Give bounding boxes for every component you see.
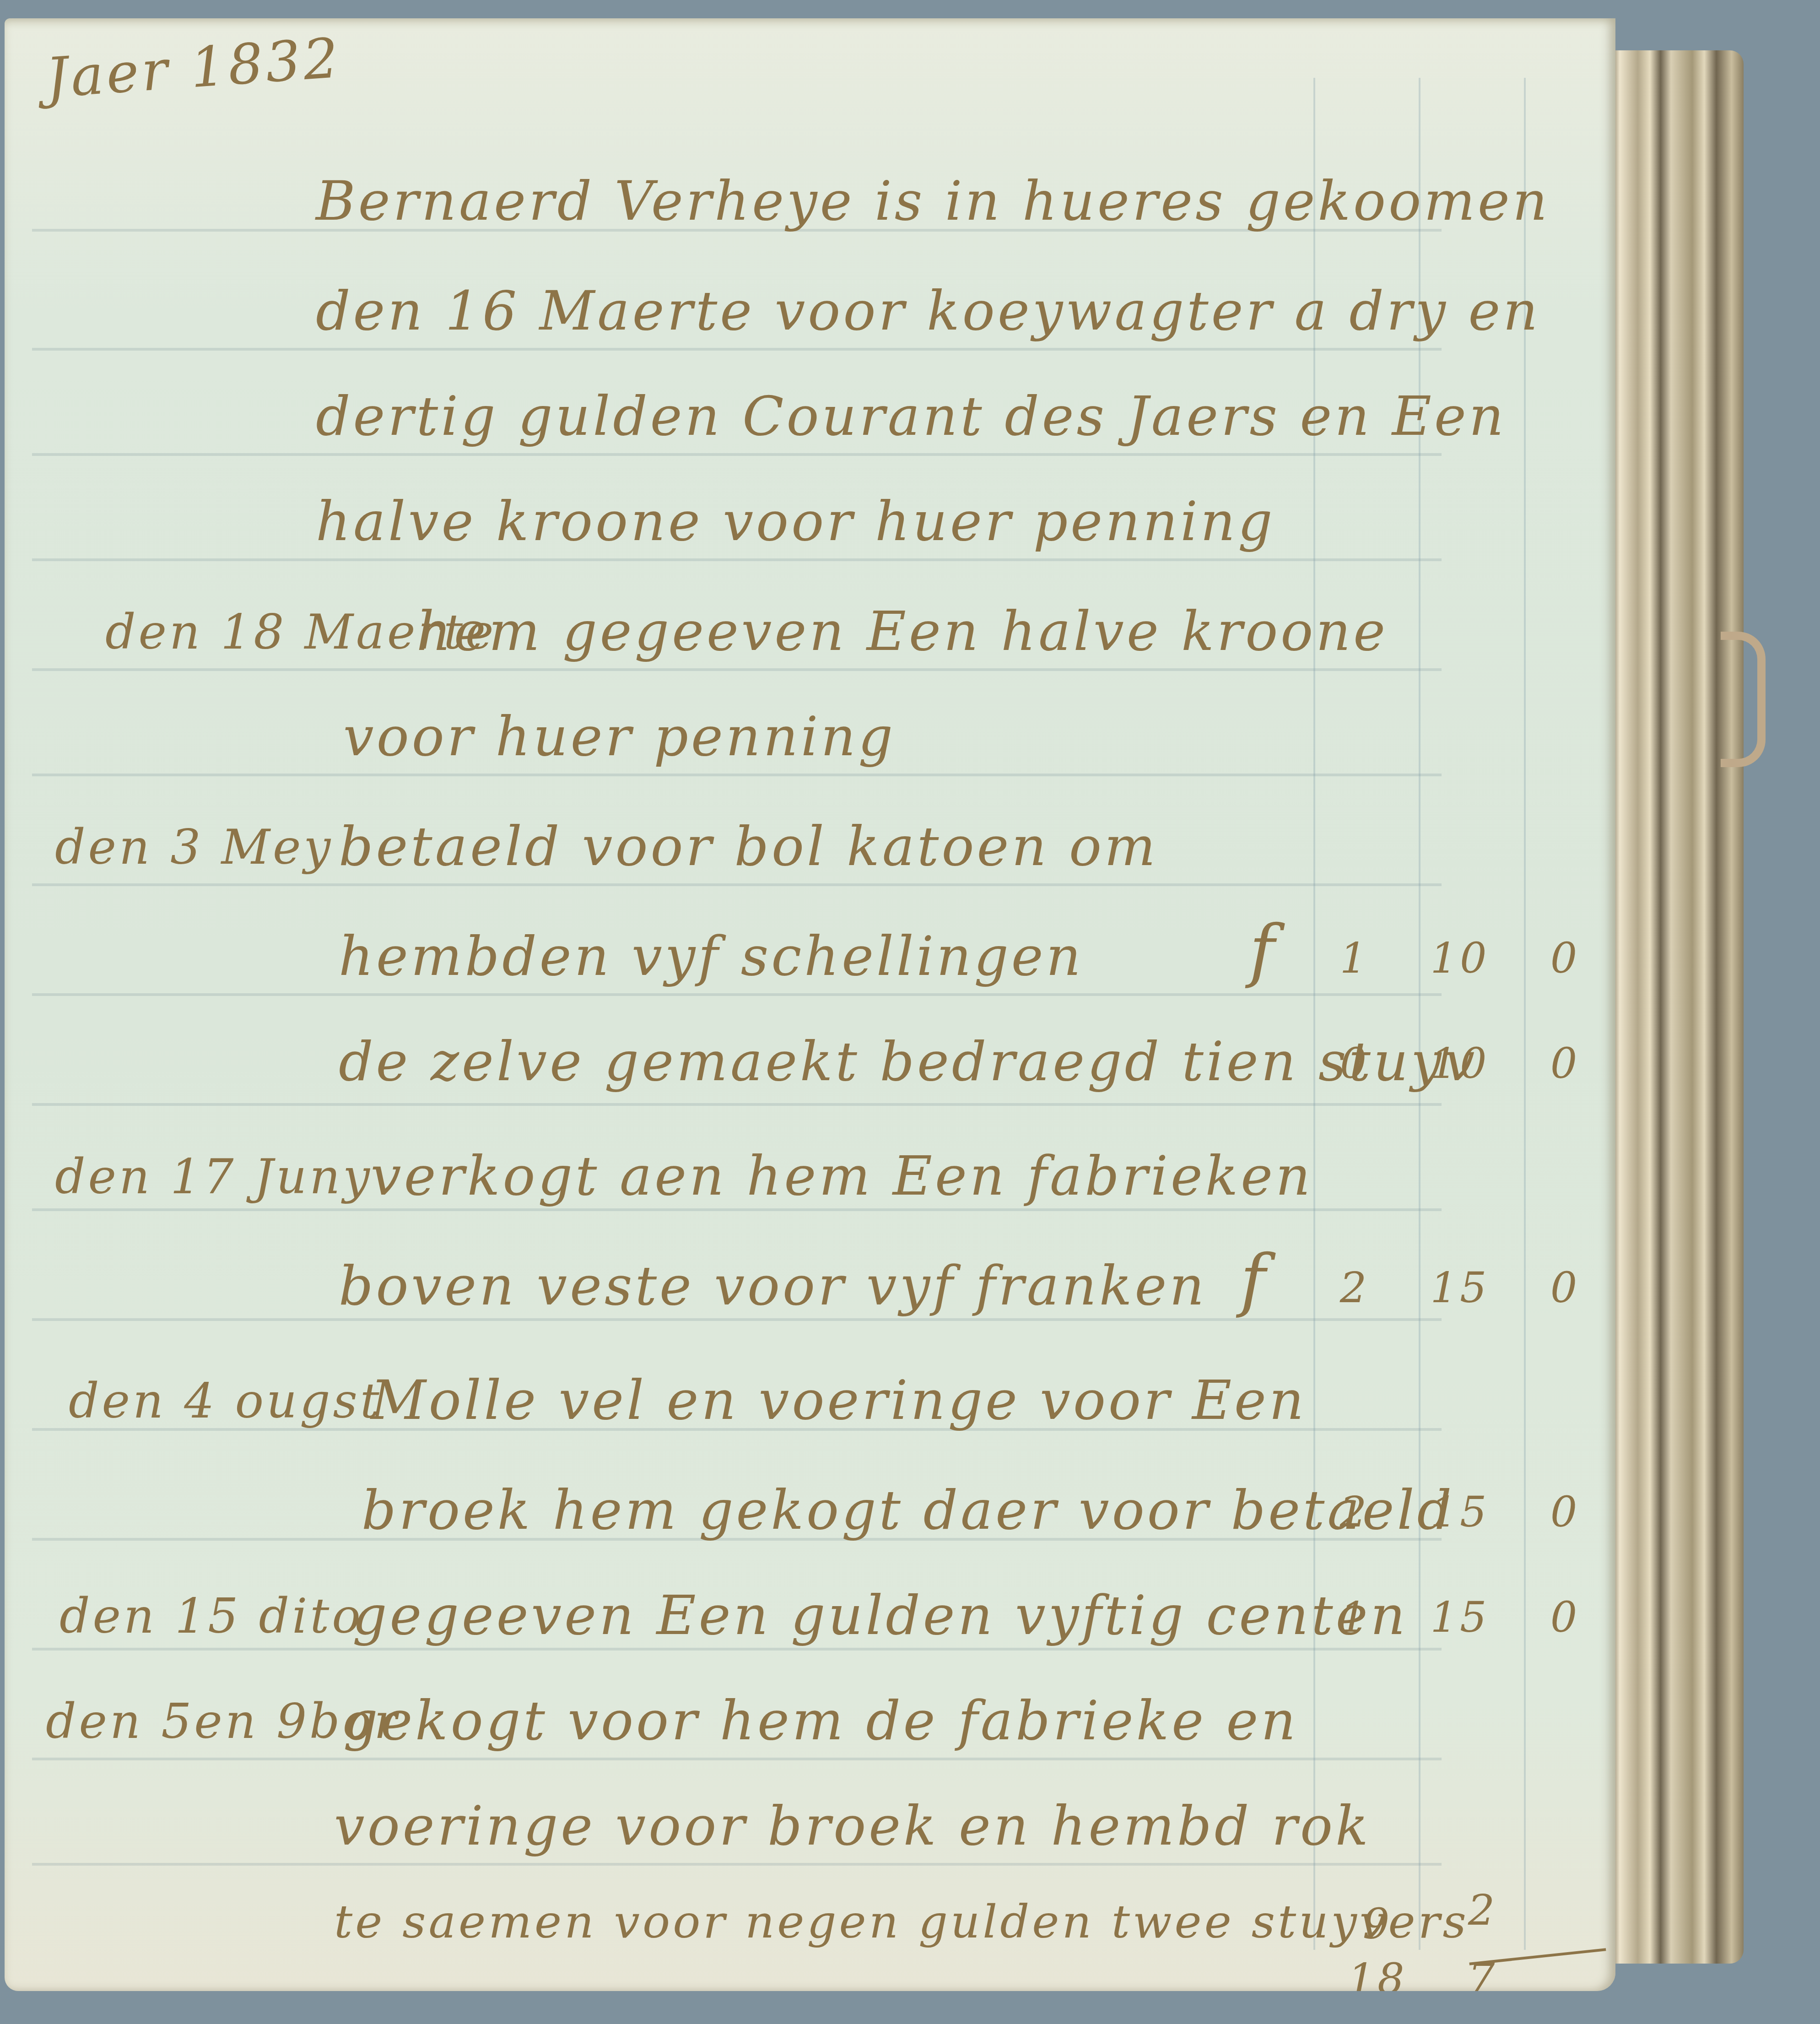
total-stuivers: 7: [1451, 1954, 1515, 1991]
ledger-page: Jaer 1832 Bernaerd Verheye is in hueres …: [5, 18, 1615, 1991]
entry-line: broek hem gekogt daer voor betaeld: [362, 1478, 1454, 1542]
page-header-year: Jaer 1832: [44, 27, 343, 111]
amount-stuivers: 10: [1428, 1039, 1492, 1088]
ruled-line: [32, 1103, 1442, 1106]
entry-line: de zelve gemaekt bedraegd tien stuyv: [339, 1030, 1477, 1093]
florin-sign: f: [1249, 911, 1278, 990]
ruled-line: [32, 1648, 1442, 1651]
amount-pennies: 0: [1533, 1263, 1597, 1312]
amount-guilders: 9: [1345, 1900, 1410, 1948]
entry-date: den 15 dito: [59, 1588, 363, 1644]
entry-line: verkogt aen hem Een fabrieken: [371, 1144, 1313, 1207]
ruled-line: [32, 883, 1442, 886]
ruled-line: [32, 993, 1442, 996]
amount-guilders: 2: [1323, 1263, 1387, 1312]
amount-pennies: 0: [1533, 1593, 1597, 1642]
column-rule-stuivers: [1419, 78, 1420, 1950]
ruled-line: [32, 1208, 1442, 1211]
entry-line: Molle vel en voeringe voor Een: [371, 1369, 1307, 1432]
entry-line: Bernaerd Verheye is in hueres gekoomen: [316, 169, 1550, 233]
amount-stuivers: 10: [1428, 934, 1492, 983]
entry-line: voor huer penning: [343, 705, 896, 768]
entry-date: den 3 Mey: [55, 819, 333, 875]
column-rule-guilders: [1313, 78, 1315, 1950]
entry-line: gekogt voor hem de fabrieke en: [343, 1689, 1298, 1752]
florin-sign: f: [1240, 1240, 1269, 1320]
entry-line: den 16 Maerte voor koeywagter a dry en: [316, 279, 1540, 342]
ruled-line: [32, 348, 1442, 351]
entry-line: betaeld voor bol katoen om: [339, 815, 1158, 878]
ruled-line: [32, 774, 1442, 776]
entry-line: dertig gulden Courant des Jaers en Een: [316, 384, 1507, 448]
column-rule-pennies: [1524, 78, 1526, 1950]
ruled-line: [32, 668, 1442, 671]
ruled-line: [32, 558, 1442, 561]
entry-line: hem gegeeven Een halve kroone: [416, 600, 1388, 663]
entry-line: hembden vyf schellingen: [339, 925, 1084, 988]
entry-line: gegeeven Een gulden vyftig centen: [352, 1584, 1408, 1647]
amount-guilders: 1: [1323, 1593, 1387, 1642]
entry-line: te saemen voor negen gulden twee stuyver…: [334, 1895, 1469, 1948]
total-guilders: 18: [1345, 1954, 1410, 1991]
amount-stuivers: 2: [1451, 1886, 1515, 1935]
ruled-line: [32, 1318, 1442, 1321]
entry-date: den 4 ougst: [69, 1373, 382, 1429]
ruled-line: [32, 453, 1442, 456]
entry-line: voeringe voor broek en hembd rok: [334, 1794, 1371, 1857]
ruled-line: [32, 1863, 1442, 1866]
amount-pennies: 0: [1533, 1488, 1597, 1537]
amount-stuivers: 15: [1428, 1593, 1492, 1642]
amount-stuivers: 15: [1428, 1488, 1492, 1537]
amount-guilders: 2: [1323, 1488, 1387, 1537]
entry-date: den 17 Juny: [55, 1149, 373, 1205]
amount-guilders: 1: [1323, 934, 1387, 983]
entry-line: boven veste voor vyf franken: [339, 1254, 1207, 1317]
entry-line: halve kroone voor huer penning: [316, 490, 1275, 553]
ruled-line: [32, 1758, 1442, 1760]
amount-guilders: 0: [1323, 1039, 1387, 1088]
amount-stuivers: 15: [1428, 1263, 1492, 1312]
book-strap: [1721, 632, 1766, 767]
amount-pennies: 0: [1533, 1039, 1597, 1088]
amount-pennies: 0: [1533, 934, 1597, 983]
